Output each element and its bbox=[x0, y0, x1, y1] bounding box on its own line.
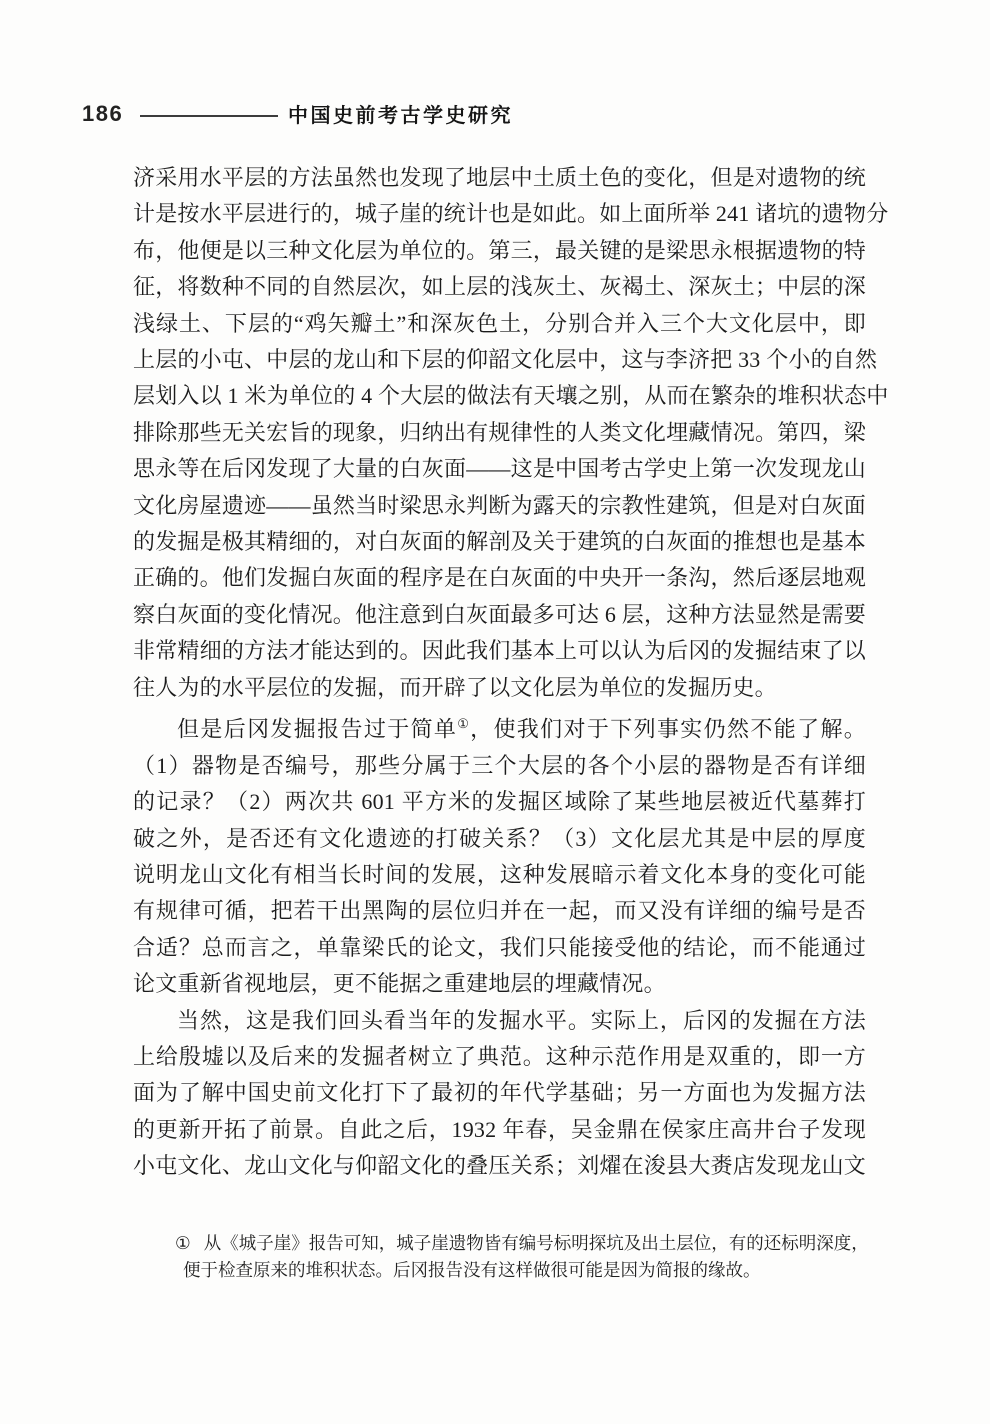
text-line: 的记录？（2）两次共 601 平方米的发掘区域除了某些地层被近代墓葬打 bbox=[133, 784, 866, 820]
text-line: 征，将数种不同的自然层次，如上层的浅灰土、灰褐土、深灰土；中层的深 bbox=[133, 269, 866, 305]
text-line: 正确的。他们发掘白灰面的程序是在白灰面的中央开一条沟，然后逐层地观 bbox=[133, 560, 866, 596]
text-line-paragraph-start: 但是后冈发掘报告过于简单①，使我们对于下列事实仍然不能了解。 bbox=[133, 706, 866, 748]
text-line-paragraph-end: 论文重新省视地层，更不能据之重建地层的埋藏情况。 bbox=[133, 966, 866, 1002]
text-line: 的更新开拓了前景。自此之后，1932 年春，吴金鼎在侯家庄高井台子发现 bbox=[133, 1112, 866, 1148]
text-segment: 但是后冈发掘报告过于简单 bbox=[177, 716, 457, 741]
text-line: 文化房屋遗迹——虽然当时梁思永判断为露天的宗教性建筑，但是对白灰面 bbox=[133, 488, 866, 524]
text-line: 合适？总而言之，单靠梁氏的论文，我们只能接受他的结论，而不能通过 bbox=[133, 930, 866, 966]
page-number: 186 bbox=[82, 101, 123, 127]
footnote-line: ①从《城子崖》报告可知，城子崖遗物皆有编号标明探坑及出土层位，有的还标明深度， bbox=[175, 1230, 875, 1257]
footnote-line: 便于检查原来的堆积状态。后冈报告没有这样做很可能是因为简报的缘故。 bbox=[175, 1257, 875, 1284]
text-line: 思永等在后冈发现了大量的白灰面——这是中国考古学史上第一次发现龙山 bbox=[133, 451, 866, 487]
text-line: 说明龙山文化有相当长时间的发展，这种发展暗示着文化本身的变化可能 bbox=[133, 857, 866, 893]
text-line: 有规律可循，把若干出黑陶的层位归并在一起，而又没有详细的编号是否 bbox=[133, 893, 866, 929]
body-text: 济采用水平层的方法虽然也发现了地层中土质土色的变化，但是对遗物的统 计是按水平层… bbox=[133, 160, 866, 1185]
text-line: （1）器物是否编号，那些分属于三个大层的各个小层的器物是否有详细 bbox=[133, 748, 866, 784]
text-line: 计是按水平层进行的，城子崖的统计也是如此。如上面所举 241 诸坑的遗物分 bbox=[133, 196, 866, 232]
text-segment: ，使我们对于下列事实仍然不能了解。 bbox=[470, 716, 866, 741]
text-line: 的发掘是极其精细的，对白灰面的解剖及关于建筑的白灰面的推想也是基本 bbox=[133, 524, 866, 560]
text-line: 察白灰面的变化情况。他注意到白灰面最多可达 6 层，这种方法显然是需要 bbox=[133, 597, 866, 633]
text-line: 布，他便是以三种文化层为单位的。第三，最关键的是梁思永根据遗物的特 bbox=[133, 233, 866, 269]
text-line: 层划入以 1 米为单位的 4 个大层的做法有天壤之别，从而在繁杂的堆积状态中 bbox=[133, 378, 866, 414]
footnote-marker: ① bbox=[175, 1230, 191, 1257]
text-line: 浅绿土、下层的“鸡矢瓣土”和深灰色土，分别合并入三个大文化层中，即 bbox=[133, 306, 866, 342]
text-line: 非常精细的方法才能达到的。因此我们基本上可以认为后冈的发掘结束了以 bbox=[133, 633, 866, 669]
footnote-text: 从《城子崖》报告可知，城子崖遗物皆有编号标明探坑及出土层位，有的还标明深度， bbox=[204, 1233, 869, 1253]
text-line: 济采用水平层的方法虽然也发现了地层中土质土色的变化，但是对遗物的统 bbox=[133, 160, 866, 196]
header-rule bbox=[140, 115, 278, 117]
footnote: ①从《城子崖》报告可知，城子崖遗物皆有编号标明探坑及出土层位，有的还标明深度， … bbox=[175, 1230, 875, 1283]
book-page: 186 中国史前考古学史研究 济采用水平层的方法虽然也发现了地层中土质土色的变化… bbox=[0, 0, 990, 1424]
text-line-paragraph-end: 往人为的水平层位的发掘，而开辟了以文化层为单位的发掘历史。 bbox=[133, 670, 866, 706]
text-line: 小屯文化、龙山文化与仰韶文化的叠压关系；刘燿在浚县大赉店发现龙山文 bbox=[133, 1148, 866, 1184]
running-head: 中国史前考古学史研究 bbox=[288, 99, 513, 128]
text-line: 面为了解中国史前文化打下了最初的年代学基础；另一方面也为发掘方法 bbox=[133, 1075, 866, 1111]
text-line: 上给殷墟以及后来的发掘者树立了典范。这种示范作用是双重的，即一方 bbox=[133, 1039, 866, 1075]
text-line: 破之外，是否还有文化遗迹的打破关系？（3）文化层尤其是中层的厚度 bbox=[133, 821, 866, 857]
text-line: 排除那些无关宏旨的现象，归纳出有规律性的人类文化埋藏情况。第四，梁 bbox=[133, 415, 866, 451]
text-line: 上层的小屯、中层的龙山和下层的仰韶文化层中，这与李济把 33 个小的自然 bbox=[133, 342, 866, 378]
footnote-ref-superscript: ① bbox=[457, 716, 470, 731]
text-line-paragraph-start: 当然，这是我们回头看当年的发掘水平。实际上，后冈的发掘在方法 bbox=[133, 1003, 866, 1039]
